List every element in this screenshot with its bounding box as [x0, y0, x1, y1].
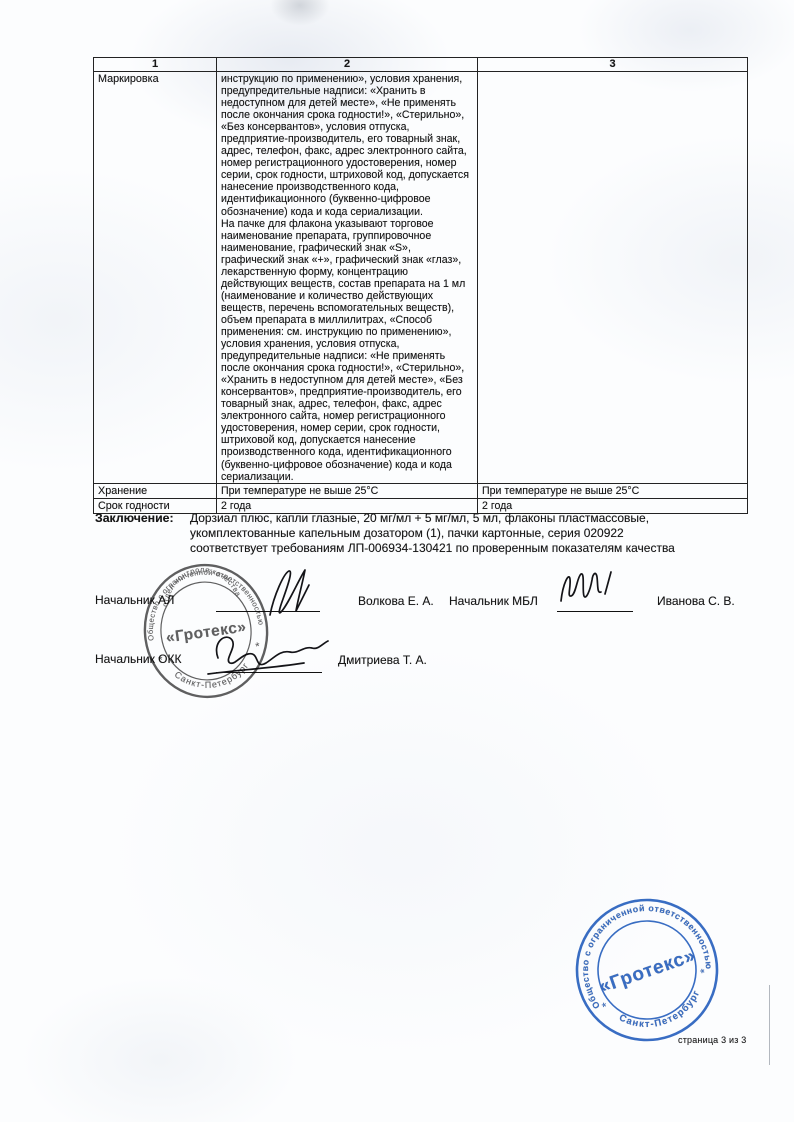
- qc-stamp-department-text: отдел контроля качества: [155, 560, 243, 609]
- marking-requirements-cell: инструкцию по применению», условия хране…: [217, 72, 478, 484]
- qc-stamp-company-name: «Гротекс»: [165, 618, 247, 646]
- qc-stamp-star-left: *: [158, 654, 165, 667]
- table-row-storage: Хранение При температуре не выше 25°С Пр…: [94, 483, 748, 498]
- signer-name-dmitrieva: Дмитриева Т. А.: [338, 653, 427, 667]
- corporate-stamp-company-name: «Гротекс»: [596, 945, 698, 998]
- col-header-2: 2: [217, 58, 478, 72]
- svg-text:Санкт-Петербург: Санкт-Петербург: [172, 659, 254, 695]
- scanned-document-page: 1 2 3 Маркировка инструкцию по применени…: [0, 0, 794, 1122]
- conclusion-label: Заключение:: [95, 511, 174, 525]
- storage-condition-cell-2: При температуре не выше 25°С: [478, 483, 748, 498]
- handwritten-signature-ivanova: [556, 567, 620, 609]
- table-header-row: 1 2 3: [94, 58, 748, 72]
- storage-condition-cell: При температуре не выше 25°С: [217, 483, 478, 498]
- row-label-marking: Маркировка: [94, 72, 217, 484]
- qc-stamp-city-text: Санкт-Петербург: [172, 659, 254, 695]
- signer-role-head-mbl: Начальник МБЛ: [449, 594, 538, 608]
- scan-smudge: [270, 0, 330, 26]
- marking-paragraph-2: На пачке для флакона указывают торговое …: [221, 218, 473, 483]
- signature-line-ivanova: [557, 611, 633, 612]
- qc-round-stamp: Общество с ограниченной ответственностью…: [131, 551, 281, 711]
- page-number-label: страница 3 из 3: [678, 1035, 746, 1045]
- conclusion-text: Дорзиал плюс, капли глазные, 20 мг/мл + …: [190, 511, 695, 557]
- table-row-marking: Маркировка инструкцию по применению», ус…: [94, 72, 748, 484]
- corporate-stamp-star-left: *: [600, 999, 609, 1014]
- col-header-3: 3: [478, 58, 748, 72]
- signer-name-ivanova: Иванова С. В.: [657, 594, 735, 608]
- qc-stamp-star-right: *: [255, 641, 262, 654]
- signer-name-volkova: Волкова Е. А.: [358, 594, 434, 608]
- specification-table: 1 2 3 Маркировка инструкцию по применени…: [93, 57, 748, 514]
- col-header-1: 1: [94, 58, 217, 72]
- svg-text:отдел контроля качества: отдел контроля качества: [155, 560, 243, 609]
- scan-edge-artifact: [769, 985, 770, 1065]
- marking-paragraph-1: инструкцию по применению», условия хране…: [221, 73, 473, 218]
- svg-text:Санкт-Петербург: Санкт-Петербург: [615, 985, 710, 1041]
- marking-empty-cell: [478, 72, 748, 484]
- corporate-stamp-city-text: Санкт-Петербург: [615, 985, 710, 1041]
- row-label-storage: Хранение: [94, 483, 217, 498]
- corporate-round-stamp: Общество с ограниченной ответственностью…: [567, 890, 727, 1050]
